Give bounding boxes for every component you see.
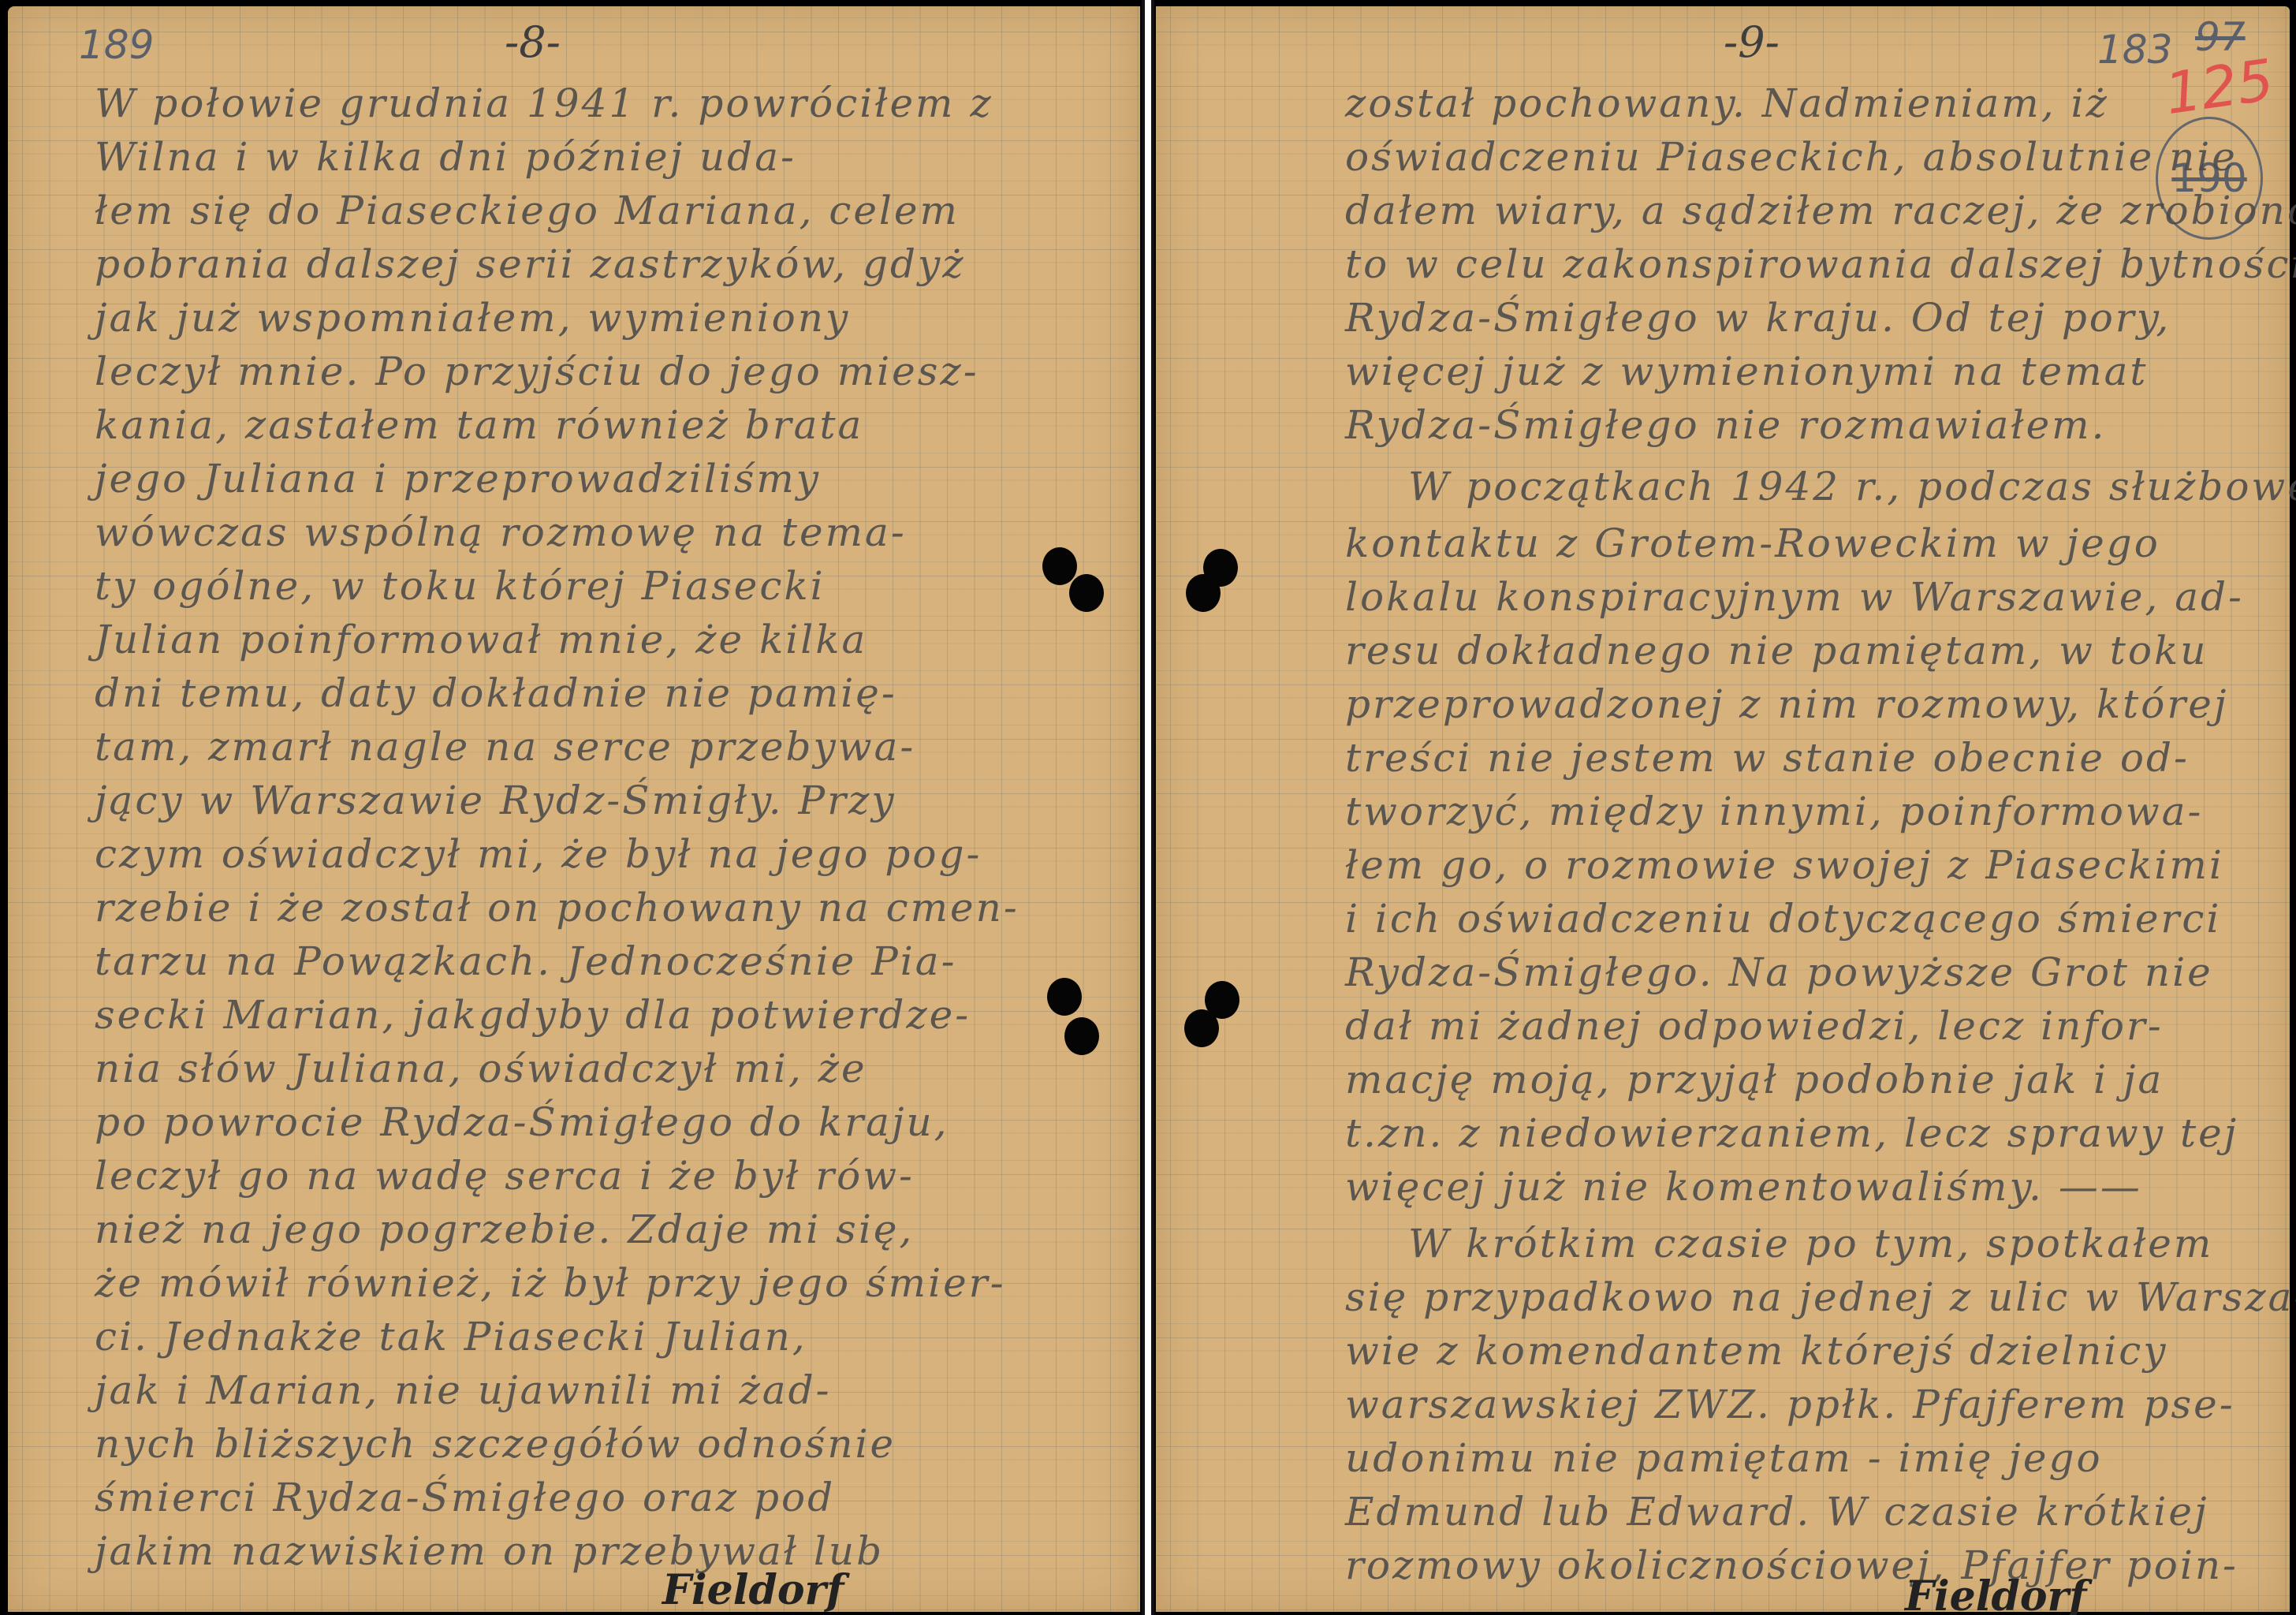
text-line: kontaktu z Grotem-Roweckim w jego [1345,520,2160,566]
text-line: udonimu nie pamiętam - imię jego [1345,1435,2103,1481]
text-line: śmierci Rydza-Śmigłego oraz pod [95,1475,835,1520]
archive-number-red-stamp: 125 [2161,47,2278,127]
text-line: to w celu zakonspirowania dalszej bytnoś… [1345,241,2296,287]
text-line: W krótkim czasie po tym, spotkałem [1345,1221,2213,1266]
punch-hole [1047,978,1082,1016]
text-line: dni temu, daty dokładnie nie pamię- [95,670,897,716]
text-line: więcej już nie komentowaliśmy. —— [1345,1164,2142,1210]
text-line: dałem wiary, a sądziłem raczej, że zrobi… [1345,188,2296,233]
text-line: po powrocie Rydza-Śmigłego do kraju, [95,1099,949,1145]
punch-hole [1186,574,1221,612]
page-number: -9- [1724,17,1780,67]
text-line: W połowie grudnia 1941 r. powróciłem z [95,80,993,126]
text-line: Rydza-Śmigłego. Na powyższe Grot nie [1345,949,2213,995]
text-line: lokalu konspiracyjnym w Warszawie, ad- [1345,574,2244,620]
text-line: wówczas wspólną rozmowę na tema- [95,509,907,555]
text-line: resu dokładnego nie pamiętam, w toku [1345,628,2208,673]
signature: Fieldorf [1905,1572,2086,1615]
text-line: mację moją, przyjął podobnie jak i ja [1345,1057,2164,1102]
text-line: jak i Marian, nie ujawnili mi żad- [95,1367,832,1413]
text-line: Rydza-Śmigłego nie rozmawiałem. [1345,402,2107,448]
text-line: jak już wspomniałem, wymieniony [95,295,850,341]
text-line: pobrania dalszej serii zastrzyków, gdyż [95,241,966,287]
text-line: nia słów Juliana, oświadczył mi, że [95,1046,867,1091]
text-line: Edmund lub Edward. W czasie krótkiej [1345,1489,2208,1535]
text-line: jego Juliana i przeprowadziliśmy [95,456,821,502]
text-line: Julian poinformował mnie, że kilka [95,617,867,662]
page-number: -8- [505,17,561,67]
text-line: oświadczeniu Piaseckich, absolutnie nie [1345,134,2238,180]
text-line: ty ogólne, w toku której Piasecki [95,563,826,609]
text-line: t.zn. z niedowierzaniem, lecz sprawy tej [1345,1110,2238,1156]
text-line: rzebie i że został on pochowany na cmen- [95,885,1019,931]
text-line: został pochowany. Nadmieniam, iż [1345,80,2109,126]
text-line: czym oświadczył mi, że był na jego pog- [95,831,982,877]
text-line: warszawskiej ZWZ. ppłk. Pfajferem pse- [1345,1382,2235,1427]
text-line: secki Marian, jakgdyby dla potwierdze- [95,992,971,1038]
text-line: rozmowy okolicznościowej, Pfajfer poin- [1345,1542,2238,1588]
text-line: Wilna i w kilka dni później uda- [95,134,796,180]
signature: Fieldorf [662,1566,844,1614]
gutter-edge-left [1142,0,1145,1615]
text-line: więcej już z wymienionymi na temat [1345,349,2149,394]
text-line: W początkach 1942 r., podczas służbowego [1345,464,2296,509]
text-line: że mówił również, iż był przy jego śmier… [95,1260,1005,1306]
text-line: się przypadkowo na jednej z ulic w Warsz… [1345,1274,2296,1320]
text-line: Rydza-Śmigłego w kraju. Od tej pory, [1345,295,2171,341]
text-line: treści nie jestem w stanie obecnie od- [1345,735,2190,781]
text-line: jący w Warszawie Rydz-Śmigły. Przy [95,778,896,823]
right-page: -9- 183 97 125 190 został pochowany. Nad… [1156,6,2290,1612]
text-line: tworzyć, między innymi, poinformowa- [1345,789,2203,834]
page-gutter [1143,0,1153,1615]
text-line: i ich oświadczeniu dotyczącego śmierci [1345,896,2221,942]
archive-number: 189 [79,22,154,68]
punch-hole [1069,574,1104,612]
text-line: kania, zastałem tam również brata [95,402,863,448]
text-line: przeprowadzonej z nim rozmowy, której [1345,681,2228,727]
text-line: leczył mnie. Po przyjściu do jego miesz- [95,349,979,394]
gutter-edge-right [1151,0,1154,1615]
text-line: leczył go na wadę serca i że był rów- [95,1153,915,1199]
text-line: łem się do Piaseckiego Mariana, celem [95,188,960,233]
left-page: 189 -8- W połowie grudnia 1941 r. powróc… [8,6,1140,1612]
text-line: nych bliższych szczegółów odnośnie [95,1421,896,1467]
text-line: nież na jego pogrzebie. Zdaje mi się, [95,1207,914,1252]
text-line: tam, zmarł nagle na serce przebywa- [95,724,915,770]
punch-hole [1042,547,1077,585]
text-line: wie z komendantem którejś dzielnicy [1345,1328,2168,1374]
punch-hole [1184,1009,1219,1047]
punch-hole [1064,1017,1099,1055]
text-line: dał mi żadnej odpowiedzi, lecz infor- [1345,1003,2164,1049]
text-line: tarzu na Powązkach. Jednocześnie Pia- [95,938,956,984]
text-line: ci. Jednakże tak Piasecki Julian, [95,1314,807,1360]
text-line: łem go, o rozmowie swojej z Piaseckimi [1345,842,2224,888]
